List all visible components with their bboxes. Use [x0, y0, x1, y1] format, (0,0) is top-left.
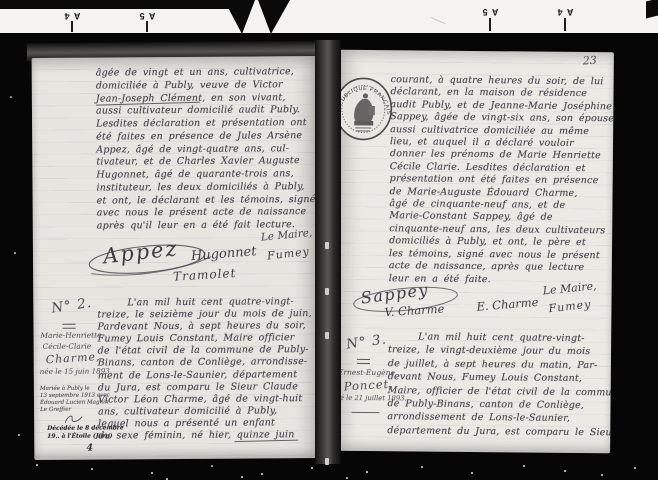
film-edge-mark	[646, 0, 658, 18]
act2-paragraph: L'an mil huit cent quatre-vingt-treize, …	[97, 296, 318, 443]
marker-tick	[489, 18, 491, 31]
margin-dash	[62, 324, 75, 329]
manuscript-line: département du Jura, est comparu le Sieu…	[387, 424, 609, 440]
marker-tick	[71, 21, 73, 32]
resolution-marker: A 4	[550, 7, 580, 17]
film-scratch	[430, 17, 445, 24]
marker-label: A 5	[132, 11, 162, 21]
register-page-left: âgée de vingt et un ans, cultivatrice,do…	[32, 56, 320, 460]
manuscript-line: Victor Léon Charme, âgé de vingt-huit	[98, 393, 318, 407]
manuscript-line: Lesdites déclaration et présentation ont	[96, 117, 314, 131]
marker-label: A 4	[57, 11, 87, 21]
manuscript-line: âgée de vingt et un ans, cultivatrice,	[96, 66, 314, 80]
act2-end-paragraph: âgée de vingt et un ans, cultivatrice,do…	[96, 66, 315, 233]
margin-dash	[357, 359, 370, 364]
manuscript-line: été faites en présence de Jules Arsène	[96, 130, 314, 144]
film-dust	[36, 464, 38, 466]
manuscript-line: domiciliée à Publy, veuve de Victor	[96, 79, 314, 93]
manuscript-line: ment de Lons-le-Saunier, département	[98, 369, 318, 383]
binding-stitch	[325, 242, 329, 249]
manuscript-line: instituteur, les deux domiciliés à Publy…	[96, 181, 314, 195]
binding-stitch	[325, 332, 329, 339]
manuscript-line: Binans, canton de Conliège, arrondisse-	[98, 356, 318, 370]
microfilm-scan: A 4 A 5 A 5 A 4 âgée de vingt et un ans,…	[0, 0, 658, 480]
margin-name-given: Cécile-Clarie	[43, 342, 92, 351]
margin-name-given: Marie-Henriette	[41, 331, 102, 340]
frame-triangle-icon	[224, 0, 255, 34]
act2-continuation-paragraph: courant, à quatre heures du soir, de lui…	[389, 74, 611, 287]
book-gutter	[315, 40, 341, 464]
resolution-marker: A 5	[132, 11, 162, 21]
marker-label: A 5	[475, 7, 505, 17]
film-header-strip: A 4 A 5 A 5 A 4	[0, 0, 658, 33]
register-page-right: 23 RÉPUBLIQUE FRANÇAISE courant, à quatr…	[335, 50, 614, 454]
binding-stitch	[325, 458, 329, 465]
act3-paragraph: L'an mil huit cent quatre-vingt-treize, …	[387, 330, 610, 439]
film-top-bar	[0, 0, 232, 9]
resolution-marker: A 5	[475, 7, 505, 17]
marker-tick	[146, 21, 148, 32]
marker-label: A 4	[550, 7, 580, 17]
margin-name-given: Ernest-Eugène	[338, 368, 395, 378]
resolution-marker: A 4	[57, 11, 87, 21]
binding-stitch	[325, 288, 329, 295]
frame-triangle-icon	[257, 0, 290, 34]
manuscript-line: Hugonnet, âgé de quarante-trois ans,	[96, 168, 314, 182]
page-number: 23	[582, 54, 597, 68]
margin-ref-mark: 4	[86, 443, 93, 454]
marker-tick	[564, 18, 566, 31]
